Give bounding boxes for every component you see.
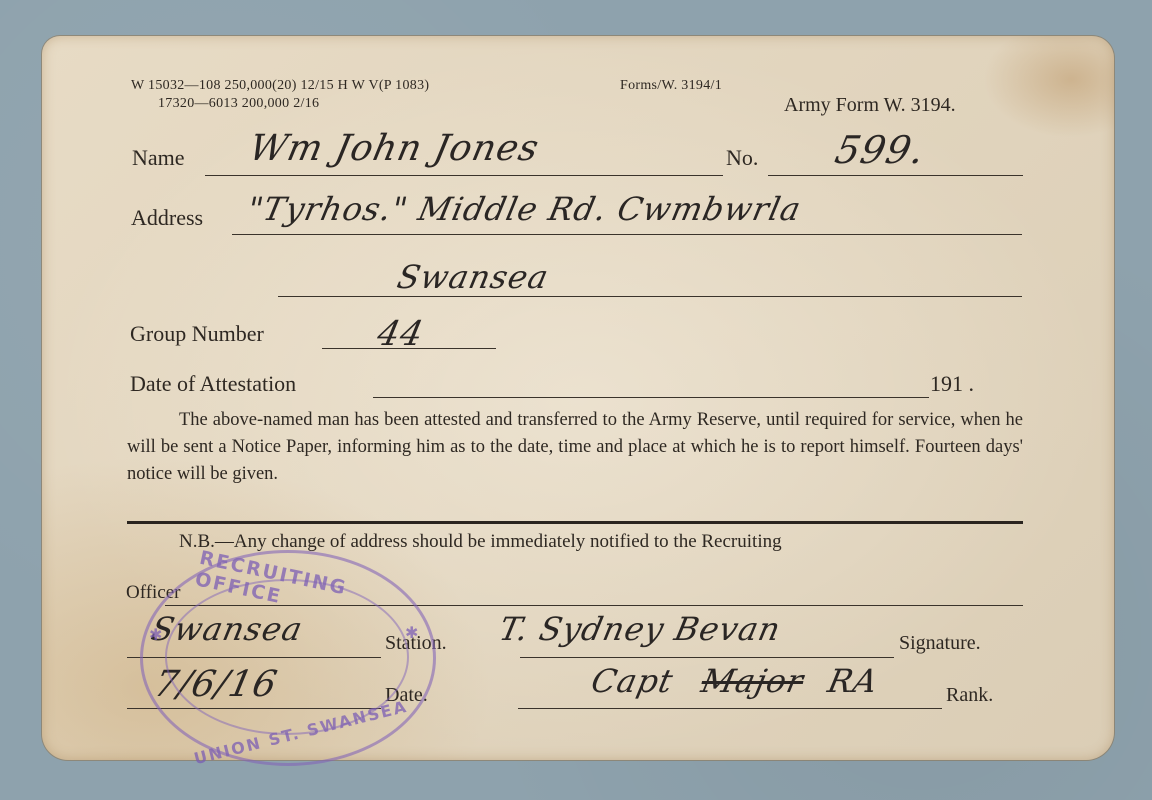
rank-label: Rank.	[946, 684, 993, 707]
forms-reference: Forms/W. 3194/1	[620, 78, 722, 94]
stamp-star-left-icon: ✱	[149, 625, 164, 644]
form-code-line1: W 15032—108 250,000(20) 12/15 H W V(P 10…	[131, 78, 429, 94]
name-underline	[205, 175, 723, 176]
number-underline	[768, 175, 1023, 176]
number-value: 599.	[831, 128, 929, 172]
address-line1: "Tyrhos." Middle Rd. Cwmbwrla	[244, 190, 805, 228]
signature-label: Signature.	[899, 632, 981, 655]
form-title: Army Form W. 3194.	[784, 94, 956, 117]
section-divider	[127, 521, 1023, 524]
address-label: Address	[131, 205, 203, 231]
rank-value: Capt Major RA	[588, 662, 882, 700]
attestation-label: Date of Attestation	[130, 371, 296, 397]
rank-value-prefix: Capt	[588, 662, 677, 700]
group-number-label: Group Number	[130, 321, 264, 347]
nb-notice: N.B.—Any change of address should be imm…	[179, 531, 782, 553]
notice-paragraph: The above-named man has been attested an…	[127, 407, 1023, 488]
rank-underline	[518, 708, 942, 709]
address-underline-2	[278, 296, 1022, 297]
attestation-underline	[373, 397, 929, 398]
recruiting-office-stamp: RECRUITING OFFICE UNION ST. SWANSEA ✱ ✱	[140, 550, 436, 766]
address-line2: Swansea	[394, 258, 553, 296]
attestation-year: 191 .	[930, 371, 974, 397]
stamp-star-right-icon: ✱	[405, 623, 420, 642]
name-label: Name	[132, 145, 185, 171]
rank-value-suffix: RA	[825, 662, 882, 700]
number-label: No.	[726, 145, 758, 171]
name-value: Wm John Jones	[246, 128, 543, 169]
form-code-line2: 17320—6013 200,000 2/16	[158, 96, 319, 112]
signature-value: T. Sydney Bevan	[496, 610, 785, 648]
group-number-underline	[322, 348, 496, 349]
signature-underline	[520, 657, 894, 658]
address-underline-1	[232, 234, 1022, 235]
rank-value-struck: Major	[698, 662, 807, 700]
